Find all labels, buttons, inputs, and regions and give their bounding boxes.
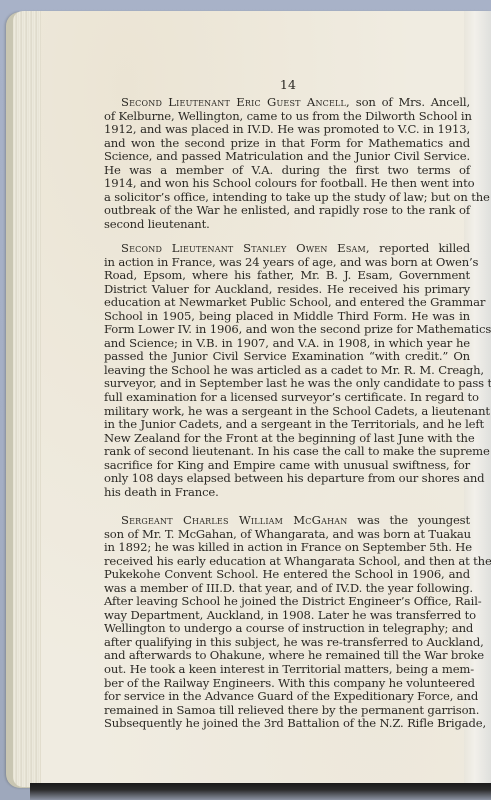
- para-line: leaving the School he was articled as a …: [104, 364, 470, 378]
- para-line: his death in France.: [104, 486, 470, 500]
- para-line: and won the second prize in that Form fo…: [104, 137, 470, 151]
- name-heading: Second Lieutenant Eric Guest Ancell,: [121, 95, 350, 109]
- para-line: and Science; in V.B. in 1907, and V.A. i…: [104, 337, 470, 351]
- para-line: education at Newmarket Public School, an…: [104, 296, 470, 310]
- para-line: Subsequently he joined the 3rd Battalion…: [104, 717, 470, 731]
- para-line: remained in Samoa till relieved there by…: [104, 704, 470, 718]
- para-line: and afterwards to Ohakune, where he rema…: [104, 649, 470, 663]
- para-line: sacrifice for King and Empire came with …: [104, 459, 470, 473]
- para-line: a solicitor’s office, intending to take …: [104, 191, 470, 205]
- para-line: after qualifying in this subject, he was…: [104, 636, 470, 650]
- para-line: received his early education at Whangara…: [104, 555, 470, 569]
- para-line: in the Junior Cadets, and a sergeant in …: [104, 418, 470, 432]
- para-line: in 1892; he was killed in action in Fran…: [104, 541, 470, 555]
- para-line: Second Lieutenant Stanley Owen Esam, rep…: [104, 242, 470, 256]
- para-line: Second Lieutenant Eric Guest Ancell, son…: [104, 96, 470, 110]
- para-line: outbreak of the War he enlisted, and rap…: [104, 204, 470, 218]
- para-line: full examination for a licensed surveyor…: [104, 391, 470, 405]
- paragraph-esam: Second Lieutenant Stanley Owen Esam, rep…: [104, 242, 470, 499]
- para-line: passed the Junior Civil Service Examinat…: [104, 350, 470, 364]
- para-line: son of Mr. T. McGahan, of Whangarata, an…: [104, 528, 470, 542]
- paragraph-ancell: Second Lieutenant Eric Guest Ancell, son…: [104, 96, 470, 231]
- para-line: rank of second lieutenant. In his case t…: [104, 445, 470, 459]
- para-line: for service in the Advance Guard of the …: [104, 690, 470, 704]
- para-line: Pukekohe Convent School. He entered the …: [104, 568, 470, 582]
- para-line: Form Lower IV. in 1906, and won the seco…: [104, 323, 470, 337]
- para-line: Science, and passed Matriculation and th…: [104, 150, 470, 164]
- para-line: School in 1905, being placed in Middle T…: [104, 310, 470, 324]
- name-heading: Second Lieutenant Stanley Owen Esam,: [121, 241, 370, 255]
- para-line: 1914, and won his School colours for foo…: [104, 177, 470, 191]
- para-line: After leaving School he joined the Distr…: [104, 595, 470, 609]
- para-line: Road, Epsom, where his father, Mr. B. J.…: [104, 269, 470, 283]
- para-line: District Valuer for Auckland, resides. H…: [104, 283, 470, 297]
- para-line: in action in France, was 24 years of age…: [104, 256, 470, 270]
- para-line: only 108 days elapsed between his depart…: [104, 472, 470, 486]
- para-line: was a member of III.D. that year, and of…: [104, 582, 470, 596]
- scanned-book-scene: 14 Second Lieutenant Eric Guest Ancell, …: [0, 0, 491, 800]
- para-line: military work, he was a sergeant in the …: [104, 405, 470, 419]
- para-line: 1912, and was placed in IV.D. He was pro…: [104, 123, 470, 137]
- para-line: way Department, Auckland, in 1908. Later…: [104, 609, 470, 623]
- bottom-shadow: [30, 783, 491, 800]
- para-line: New Zealand for the Front at the beginni…: [104, 432, 470, 446]
- para-line: ber of the Railway Engineers. With this …: [104, 677, 470, 691]
- para-line: Sergeant Charles William McGahan was the…: [104, 514, 470, 528]
- para-line: He was a member of V.A. during the first…: [104, 164, 470, 178]
- para-line: surveyor, and in September last he was t…: [104, 377, 470, 391]
- paragraph-mcgahan: Sergeant Charles William McGahan was the…: [104, 514, 470, 731]
- page-number: 14: [104, 77, 472, 92]
- name-heading: Sergeant Charles William McGahan: [121, 513, 347, 527]
- para-line: Wellington to undergo a course of instru…: [104, 622, 470, 636]
- para-line: second lieutenant.: [104, 218, 470, 232]
- para-line: out. He took a keen interest in Territor…: [104, 663, 470, 677]
- para-line: of Kelburne, Wellington, came to us from…: [104, 110, 470, 124]
